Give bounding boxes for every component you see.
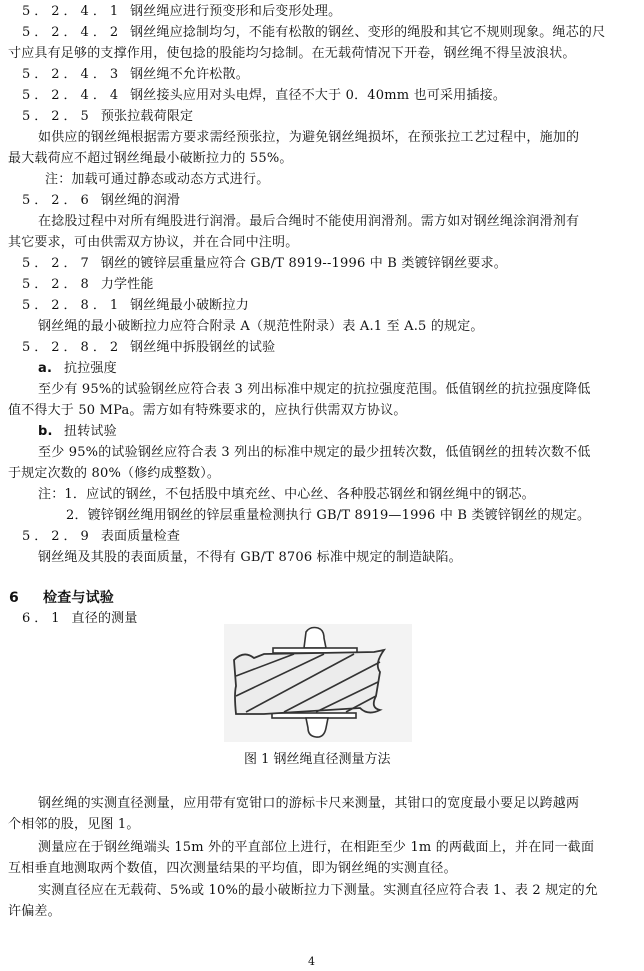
clause-number: 5．2．4．4 — [22, 87, 122, 105]
paragraph-line: 互相垂直地测取两个数值，四次测量结果的平均值，即为钢丝绳的实测直径。 — [8, 860, 457, 878]
paragraph-line: 于规定次数的 80%（修约成整数）。 — [8, 465, 220, 483]
clause-number: 5．2．4．3 — [22, 66, 122, 84]
clause-number: 5．2．7 — [22, 255, 93, 273]
clause-number: 5．2．6 — [22, 192, 93, 210]
clause-number: 6．1 — [22, 610, 64, 628]
clause-number: 5．2．4．1 — [22, 3, 122, 21]
page-number: 4 — [308, 955, 315, 968]
item-heading: 扭转试验 — [64, 424, 117, 439]
item-heading: 抗拉强度 — [64, 361, 117, 376]
clause-5-2-8-2: 5．2．8．2钢丝绳中拆股钢丝的试验 — [22, 339, 275, 357]
clause-number: 5．2．5 — [22, 108, 93, 126]
section-number: 6 — [9, 589, 43, 607]
section-6-heading: 6检查与试验 — [9, 589, 114, 607]
clause-5-2-8: 5．2．8力学性能 — [22, 276, 154, 294]
clause-5-2-7: 5．2．7钢丝的镀锌层重量应符合 GB/T 8919--1996 中 B 类镀锌… — [22, 255, 507, 273]
paragraph-line: 测量应在于钢丝绳端头 15m 外的平直部位上进行，在相距至少 1m 的两截面上，… — [38, 839, 594, 857]
clause-number: 5．2．8 — [22, 276, 93, 294]
paragraph-line: 钢丝绳的实测直径测量，应用带有宽钳口的游标卡尺来测量，其钳口的宽度最小要足以跨越… — [38, 795, 579, 813]
clause-text: 钢丝绳不允许松散。 — [130, 67, 249, 82]
paragraph-line: 许偏差。 — [8, 903, 61, 921]
wire-rope-caliper-icon — [224, 624, 412, 742]
document-page: 5．2．4．1钢丝绳应进行预变形和后变形处理。 5．2．4．2钢丝绳应捻制均匀，… — [0, 0, 644, 971]
clause-heading: 表面质量检查 — [101, 529, 180, 544]
item-label: a. — [38, 360, 64, 378]
clause-5-2-4-3: 5．2．4．3钢丝绳不允许松散。 — [22, 66, 249, 84]
clause-5-2-8-1: 5．2．8．1钢丝绳最小破断拉力 — [22, 297, 249, 315]
clause-5-2-4-2: 5．2．4．2钢丝绳应捻制均匀，不能有松散的钢丝、变形的绳股和其它不规则现象。绳… — [22, 24, 605, 42]
rope-measurement-figure — [224, 624, 412, 742]
figure-caption: 图 1 钢丝绳直径测量方法 — [244, 748, 391, 767]
clause-5-2-4-4: 5．2．4．4钢丝接头应用对头电焊，直径不大于 0．40mm 也可采用插接。 — [22, 87, 506, 105]
paragraph-line: 至少 95%的试验钢丝应符合表 3 列出的标准中规定的最少扭转次数，低值钢丝的扭… — [38, 444, 591, 462]
clause-heading: 钢丝绳的润滑 — [101, 193, 180, 208]
paragraph-line: 其它要求，可由供需双方协议，并在合同中注明。 — [8, 234, 298, 252]
clause-number: 5．2．8．2 — [22, 339, 122, 357]
clause-5-2-6: 5．2．6钢丝绳的润滑 — [22, 192, 180, 210]
clause-text: 钢丝绳应捻制均匀，不能有松散的钢丝、变形的绳股和其它不规则现象。绳芯的尺 — [130, 25, 605, 40]
paragraph-line: 如供应的钢丝绳根据需方要求需经预张拉，为避免钢丝绳损坏，在预张拉工艺过程中，施加… — [38, 129, 579, 147]
paragraph-line: 实测直径应在无载荷、5%或 10%的最小破断拉力下测量。实测直径应符合表 1、表… — [38, 882, 598, 900]
clause-text: 钢丝的镀锌层重量应符合 GB/T 8919--1996 中 B 类镀锌钢丝要求。 — [101, 256, 507, 271]
clause-number: 5．2．4．2 — [22, 24, 122, 42]
paragraph-line: 值不得大于 50 MPa。需方如有特殊要求的，应执行供需双方协议。 — [8, 402, 407, 420]
clause-text: 钢丝绳应进行预变形和后变形处理。 — [130, 4, 341, 19]
paragraph-line: 钢丝绳及其股的表面质量，不得有 GB/T 8706 标准中规定的制造缺陷。 — [38, 549, 462, 567]
paragraph-line: 至少有 95%的试验钢丝应符合表 3 列出标准中规定的抗拉强度范围。低值钢丝的抗… — [38, 381, 591, 399]
clause-heading: 钢丝绳最小破断拉力 — [130, 298, 249, 313]
clause-5-2-9: 5．2．9表面质量检查 — [22, 528, 180, 546]
clause-heading: 钢丝绳中拆股钢丝的试验 — [130, 340, 275, 355]
clause-number: 5．2．9 — [22, 528, 93, 546]
item-label: b. — [38, 423, 64, 441]
clause-heading: 力学性能 — [101, 277, 154, 292]
paragraph-line: 钢丝绳的最小破断拉力应符合附录 A（规范性附录）表 A.1 至 A.5 的规定。 — [38, 318, 484, 336]
clause-text: 钢丝接头应用对头电焊，直径不大于 0．40mm 也可采用插接。 — [130, 88, 506, 103]
paragraph-line: 寸应具有足够的支撑作用，使包捻的股能均匀捻制。在无载荷情况下开卷，钢丝绳不得呈波… — [8, 45, 576, 63]
note-line: 注：加载可通过静态或动态方式进行。 — [45, 171, 269, 189]
clause-5-2-4-1: 5．2．4．1钢丝绳应进行预变形和后变形处理。 — [22, 3, 341, 21]
item-b: b.扭转试验 — [38, 423, 117, 441]
clause-6-1: 6．1直径的测量 — [22, 610, 138, 628]
section-title: 检查与试验 — [43, 590, 114, 606]
note-line: 注：1．应试的钢丝，不包括股中填充丝、中心丝、各种股芯钢丝和钢丝绳中的钢芯。 — [38, 486, 535, 504]
paragraph-line: 最大载荷应不超过钢丝绳最小破断拉力的 55%。 — [8, 150, 293, 168]
paragraph-line: 个相邻的股，见图 1。 — [8, 816, 140, 834]
clause-heading: 直径的测量 — [72, 611, 138, 626]
clause-number: 5．2．8．1 — [22, 297, 122, 315]
clause-heading: 预张拉载荷限定 — [101, 109, 193, 124]
clause-5-2-5: 5．2．5预张拉载荷限定 — [22, 108, 193, 126]
note-line: 2．镀锌钢丝绳用钢丝的锌层重量检测执行 GB/T 8919—1996 中 B 类… — [66, 507, 590, 525]
paragraph-line: 在捻股过程中对所有绳股进行润滑。最后合绳时不能使用润滑剂。需方如对钢丝绳涂润滑剂… — [38, 213, 579, 231]
item-a: a.抗拉强度 — [38, 360, 117, 378]
